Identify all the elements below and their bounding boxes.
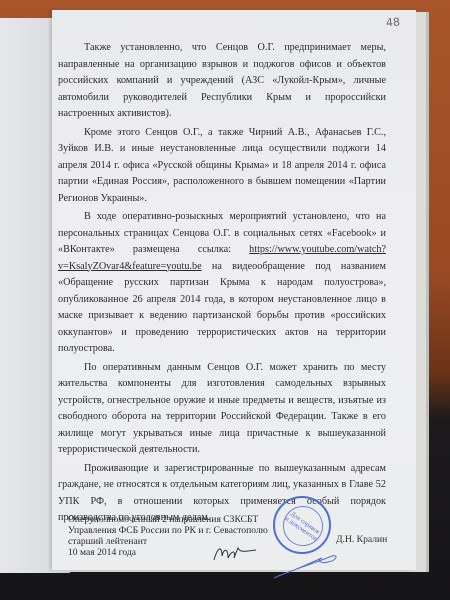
officer-department: Управления ФСБ России по РК и г. Севасто… xyxy=(68,525,268,536)
paragraph-3-tail: на видеообращение под названием «Обращен… xyxy=(58,261,386,355)
signer-name: Д.Н. Кралин xyxy=(336,534,387,545)
handwritten-signature-icon xyxy=(210,542,260,566)
paragraph-4: По оперативным данным Сенцов О.Г. может … xyxy=(58,360,386,459)
paragraph-3: В ходе оперативно-розыскных мероприятий … xyxy=(58,209,386,358)
stamp-text: Для справок и документов xyxy=(275,498,331,554)
blue-signature-icon xyxy=(272,550,342,580)
document-page: 48 Также установленно, что Сенцов О.Г. п… xyxy=(52,10,416,570)
official-stamp: Для справок и документов xyxy=(273,496,331,554)
officer-position: Оперуполномоченный 2 направления СЗКСБТ xyxy=(68,514,268,525)
paragraph-2: Кроме этого Сенцов О.Г., а также Чирний … xyxy=(58,125,386,208)
document-body: Также установленно, что Сенцов О.Г. пред… xyxy=(58,40,386,529)
handwritten-page-number: 48 xyxy=(386,16,401,30)
paragraph-1: Также установленно, что Сенцов О.Г. пред… xyxy=(58,40,386,123)
